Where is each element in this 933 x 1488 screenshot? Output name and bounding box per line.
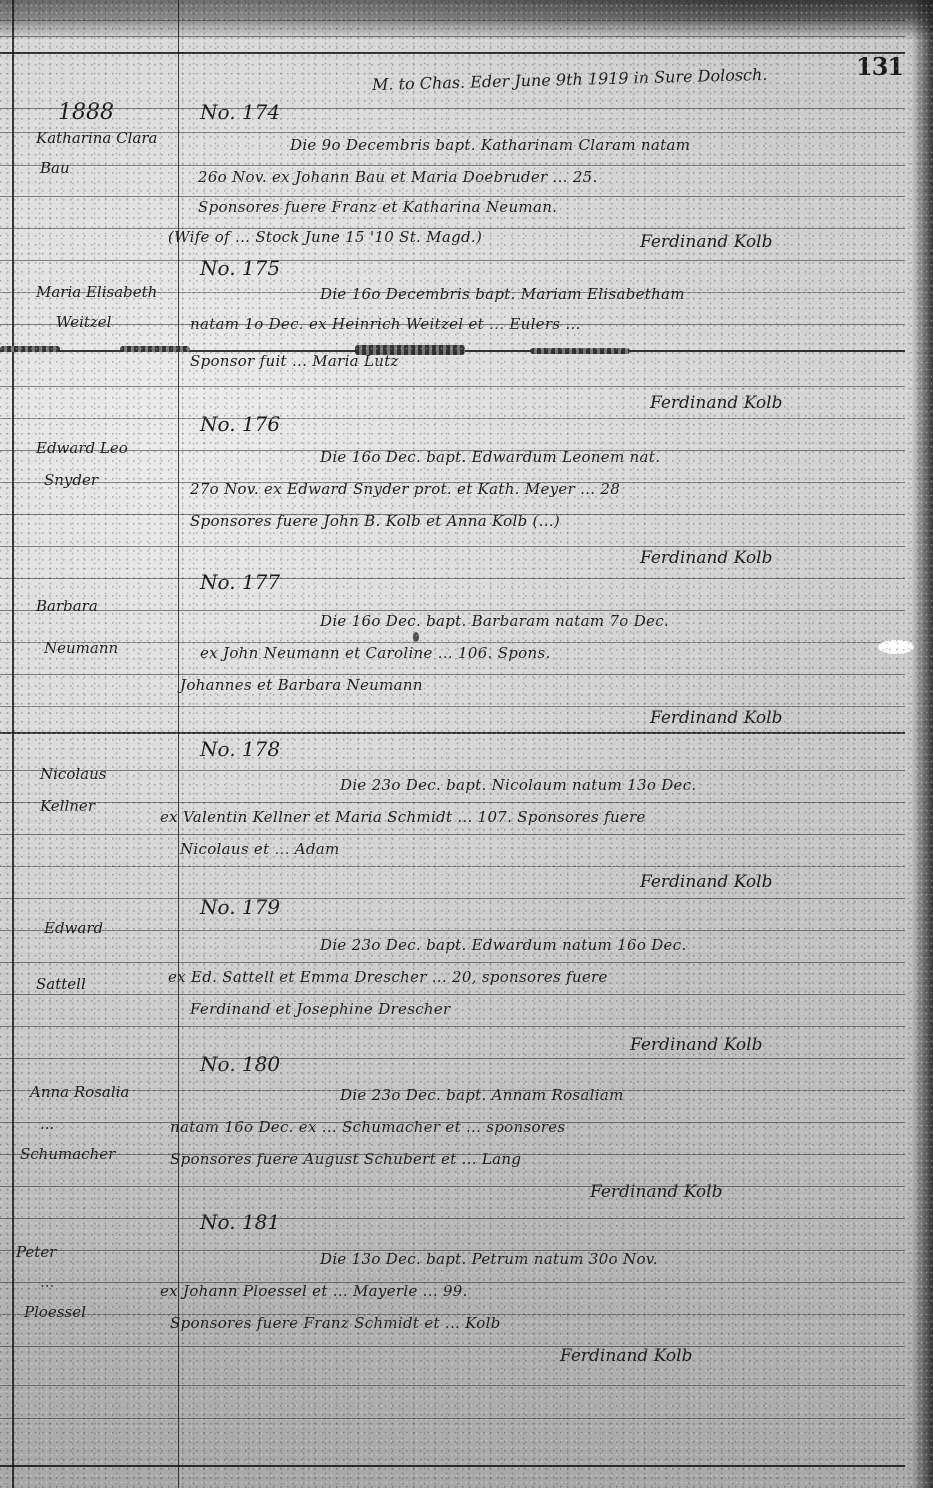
scanned-register-page: 131 M. to Chas. Eder June 9th 1919 in Su… <box>0 0 933 1488</box>
entry-number: No. 181 <box>200 1210 280 1234</box>
officiant-signature: Ferdinand Kolb <box>560 1346 693 1366</box>
ruled-line <box>0 418 905 419</box>
officiant-signature: Ferdinand Kolb <box>590 1182 723 1202</box>
margin-name: Ploessel <box>24 1296 86 1328</box>
binding-shadow <box>911 0 933 1488</box>
strikethrough-mark <box>355 345 465 355</box>
margin-name: Peter <box>16 1236 56 1268</box>
officiant-signature: Ferdinand Kolb <box>650 393 783 413</box>
ruled-line <box>0 1385 905 1386</box>
officiant-signature: Ferdinand Kolb <box>650 708 783 728</box>
ink-blot <box>413 632 419 642</box>
entry-line: ex Johann Ploessel et ... Mayerle ... 99… <box>160 1282 468 1300</box>
margin-name: Nicolaus <box>40 758 106 790</box>
entry-number: No. 175 <box>200 256 280 280</box>
strikethrough-mark <box>120 346 190 352</box>
page-number: 131 <box>856 52 903 81</box>
ruled-line <box>0 1186 905 1187</box>
entry-line: (Wife of ... Stock June 15 '10 St. Magd.… <box>168 228 482 246</box>
left-margin-line <box>12 0 14 1488</box>
entry-number: No. 176 <box>200 412 280 436</box>
ruled-line <box>0 108 905 109</box>
entry-line: Die 23o Dec. bapt. Annam Rosaliam <box>340 1086 624 1104</box>
ruled-line <box>0 898 905 899</box>
margin-name: Schumacher <box>20 1138 115 1170</box>
white-spot <box>878 640 914 654</box>
ruled-line <box>0 674 905 675</box>
entry-number: No. 179 <box>200 895 280 919</box>
entry-line: ex Ed. Sattell et Emma Drescher ... 20, … <box>168 968 608 986</box>
margin-name: Maria Elisabeth <box>36 276 157 308</box>
officiant-signature: Ferdinand Kolb <box>640 232 773 252</box>
margin-name: Sattell <box>36 968 86 1000</box>
ruled-line <box>0 546 905 547</box>
entry-line: ex Valentin Kellner et Maria Schmidt ...… <box>160 808 646 826</box>
ruled-line <box>0 962 905 963</box>
entry-line: Die 23o Dec. bapt. Nicolaum natum 13o De… <box>340 776 697 794</box>
entry-line: 27o Nov. ex Edward Snyder prot. et Kath.… <box>190 480 620 498</box>
ruled-line <box>0 642 905 643</box>
entry-number: No. 174 <box>200 100 280 124</box>
ruled-line <box>0 1418 905 1419</box>
ruled-line <box>0 866 905 867</box>
ruled-line <box>0 1026 905 1027</box>
ruled-line <box>0 260 905 261</box>
entry-line: Sponsores fuere Franz Schmidt et ... Kol… <box>170 1314 501 1332</box>
entry-line: Die 23o Dec. bapt. Edwardum natum 16o De… <box>320 936 687 954</box>
entry-line: Die 16o Dec. bapt. Barbaram natam 7o Dec… <box>320 612 669 630</box>
entry-line: Sponsores fuere John B. Kolb et Anna Kol… <box>190 512 560 530</box>
margin-name: Edward <box>44 912 103 944</box>
margin-name: Snyder <box>44 464 98 496</box>
margin-name: ... <box>40 1266 54 1298</box>
ruled-line <box>0 770 905 771</box>
ruled-line <box>0 196 905 197</box>
ruled-line <box>0 1346 905 1347</box>
ruled-line <box>0 994 905 995</box>
entry-line: natam 16o Dec. ex ... Schumacher et ... … <box>170 1118 565 1136</box>
ruled-line <box>0 578 905 579</box>
entry-number: No. 177 <box>200 570 280 594</box>
margin-name: Edward Leo <box>36 432 128 464</box>
entry-line: Sponsores fuere August Schubert et ... L… <box>170 1150 521 1168</box>
entry-line: Die 13o Dec. bapt. Petrum natum 30o Nov. <box>320 1250 658 1268</box>
entry-line: Sponsores fuere Franz et Katharina Neuma… <box>198 198 557 216</box>
top-annotation: M. to Chas. Eder June 9th 1919 in Sure D… <box>372 65 768 94</box>
margin-name: Neumann <box>44 632 118 664</box>
entry-number: No. 180 <box>200 1052 280 1076</box>
ruled-line <box>0 1465 905 1467</box>
ruled-line <box>0 610 905 611</box>
ruled-line <box>0 386 905 387</box>
name-column-divider <box>178 0 179 1488</box>
ruled-line <box>0 52 905 54</box>
officiant-signature: Ferdinand Kolb <box>630 1035 763 1055</box>
entry-line: Die 16o Decembris bapt. Mariam Elisabeth… <box>320 285 685 303</box>
ruled-line <box>0 165 905 166</box>
entry-line: Die 16o Dec. bapt. Edwardum Leonem nat. <box>320 448 660 466</box>
officiant-signature: Ferdinand Kolb <box>640 872 773 892</box>
entry-line: ex John Neumann et Caroline ... 106. Spo… <box>200 644 551 662</box>
entry-number: No. 178 <box>200 737 280 761</box>
ruled-line <box>0 1218 905 1219</box>
margin-name: Bau <box>40 152 70 184</box>
ruled-line <box>0 834 905 835</box>
margin-name: Barbara <box>36 590 98 622</box>
ruled-line <box>0 1058 905 1059</box>
margin-name: Anna Rosalia <box>30 1076 129 1108</box>
ruled-line <box>0 36 905 37</box>
ruled-line <box>0 930 905 931</box>
margin-name: ... <box>40 1108 54 1140</box>
ruled-line <box>0 732 905 734</box>
margin-name: Weitzel <box>56 306 111 338</box>
ruled-line <box>0 20 905 21</box>
entry-line: Nicolaus et ... Adam <box>180 840 340 858</box>
margin-name: Katharina Clara <box>36 122 157 154</box>
officiant-signature: Ferdinand Kolb <box>640 548 773 568</box>
strikethrough-mark <box>530 348 630 354</box>
entry-line: Ferdinand et Josephine Drescher <box>190 1000 451 1018</box>
ruled-line <box>0 802 905 803</box>
entry-line: 26o Nov. ex Johann Bau et Maria Doebrude… <box>198 168 598 186</box>
margin-name: Kellner <box>40 790 95 822</box>
entry-line: Die 9o Decembris bapt. Katharinam Claram… <box>290 136 690 154</box>
ruled-line <box>0 706 905 707</box>
entry-line: Johannes et Barbara Neumann <box>180 676 423 694</box>
strikethrough-mark <box>0 346 60 352</box>
entry-line: natam 1o Dec. ex Heinrich Weitzel et ...… <box>190 315 581 333</box>
